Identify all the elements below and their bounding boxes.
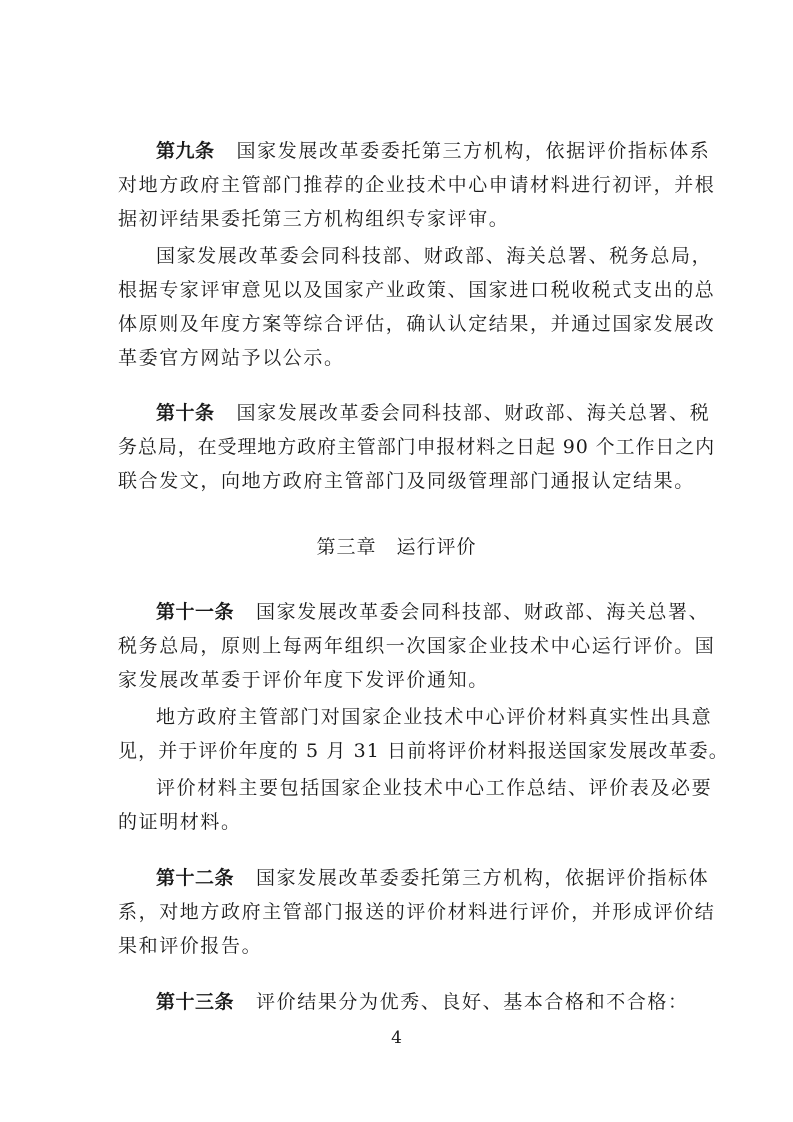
article-13-label: 第十三条	[156, 991, 234, 1013]
article-9-line-1: 第九条国家发展改革委委托第三方机构，依据评价指标体系	[118, 139, 678, 163]
article-12-line-1: 第十二条国家发展改革委委托第三方机构，依据评价指标体	[118, 866, 678, 890]
article-11-para-2-line-2: 见，并于评价年度的 5 月 31 日前将评价材料报送国家发展改革委。	[118, 739, 678, 763]
article-9-label: 第九条	[156, 140, 215, 162]
article-13-line-1: 第十三条评价结果分为优秀、良好、基本合格和不合格：	[118, 990, 678, 1014]
article-11-para-3-line-1: 评价材料主要包括国家企业技术中心工作总结、评价表及必要	[118, 776, 716, 800]
article-10-line-2: 务总局，在受理地方政府主管部门申报材料之日起 90 个工作日之内	[118, 435, 678, 459]
article-9-line-3: 据初评结果委托第三方机构组织专家评审。	[118, 207, 678, 231]
article-9-line-2: 对地方政府主管部门推荐的企业技术中心申请材料进行初评，并根	[118, 173, 678, 197]
article-12-line-2: 系，对地方政府主管部门报送的评价材料进行评价，并形成评价结	[118, 900, 678, 924]
document-page: 第九条国家发展改革委委托第三方机构，依据评价指标体系 对地方政府主管部门推荐的企…	[0, 0, 793, 1122]
article-12-line-3: 果和评价报告。	[118, 934, 678, 958]
article-11-line-2: 税务总局，原则上每两年组织一次国家企业技术中心运行评价。国	[118, 634, 678, 658]
chapter-heading: 第三章 运行评价	[0, 535, 793, 559]
article-9-para-2-line-4: 革委官方网站予以公示。	[118, 346, 678, 370]
article-12-label: 第十二条	[156, 867, 234, 889]
article-9-para-2-line-2: 根据专家评审意见以及国家产业政策、国家进口税收税式支出的总	[118, 278, 678, 302]
article-10-label: 第十条	[156, 402, 215, 424]
article-9-para-2-line-1: 国家发展改革委会同科技部、财政部、海关总署、税务总局，	[118, 244, 716, 268]
article-11-line-1: 第十一条国家发展改革委会同科技部、财政部、海关总署、	[118, 600, 678, 624]
article-11-para-3-line-2: 的证明材料。	[118, 810, 678, 834]
article-11-line-3: 家发展改革委于评价年度下发评价通知。	[118, 668, 678, 692]
page-number: 4	[0, 1028, 793, 1048]
article-11-para-2-line-1: 地方政府主管部门对国家企业技术中心评价材料真实性出具意	[118, 705, 716, 729]
article-10-line-1: 第十条国家发展改革委会同科技部、财政部、海关总署、税	[118, 401, 678, 425]
article-11-label: 第十一条	[156, 601, 234, 623]
article-9-para-2-line-3: 体原则及年度方案等综合评估，确认认定结果，并通过国家发展改	[118, 312, 678, 336]
article-10-line-3: 联合发文，向地方政府主管部门及同级管理部门通报认定结果。	[118, 469, 678, 493]
